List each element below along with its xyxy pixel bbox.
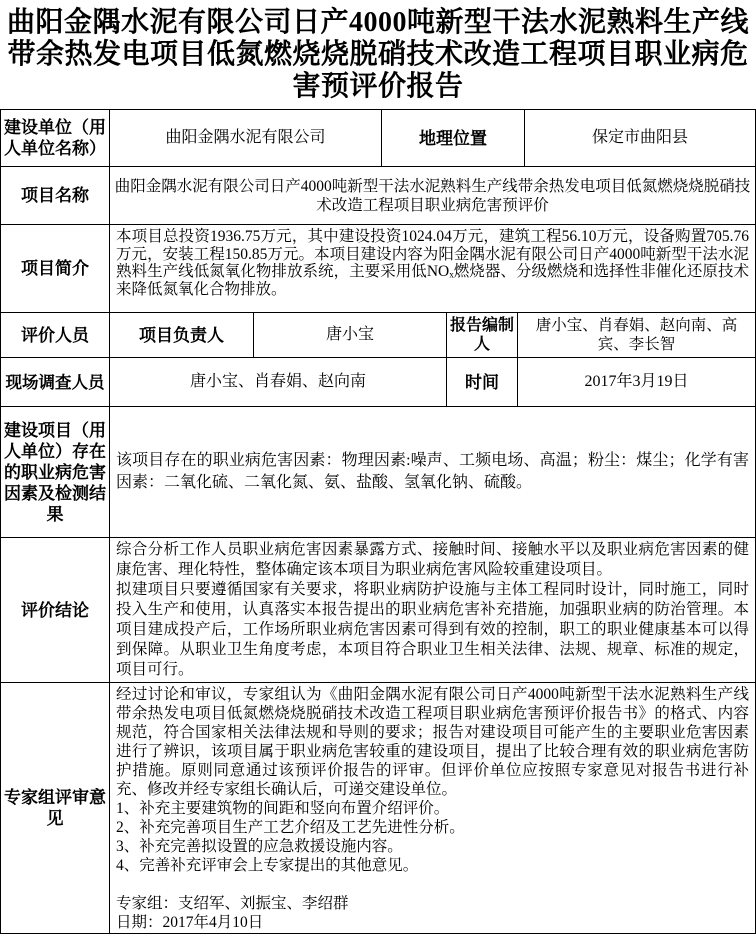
expert-review-footer: 专家组：支绍军、刘振宝、李绍群 日期：2017年4月10日 bbox=[116, 894, 749, 932]
report-compilers-label: 报告编制人 bbox=[447, 313, 518, 357]
table-row-project-summary: 项目简介 本项目总投资1936.75万元，其中建设投资1024.04万元，建筑工… bbox=[1, 225, 755, 313]
expert-group-names: 专家组：支绍军、刘振宝、李绍群 bbox=[116, 894, 749, 913]
hazard-factors-label: 建设项目（用人单位）存在的职业病危害因素及检测结果 bbox=[1, 407, 110, 537]
project-leader-value: 唐小宝 bbox=[254, 313, 447, 357]
report-page: 曲阳金隅水泥有限公司日产4000吨新型干法水泥熟料生产线带余热发电项目低氮燃烧烧… bbox=[0, 0, 756, 934]
evaluation-conclusion-value: 综合分析工作人员职业病危害因素暴露方式、接触时间、接触水平以及职业病危害因素的健… bbox=[110, 538, 755, 682]
hazard-factors-value: 该项目存在的职业病危害因素：物理因素:噪声、工频电场、高温；粉尘：煤尘；化学有害… bbox=[110, 407, 755, 537]
table-row-hazard-factors: 建设项目（用人单位）存在的职业病危害因素及检测结果 该项目存在的职业病危害因素：… bbox=[1, 407, 755, 538]
project-name-label: 项目名称 bbox=[1, 167, 110, 224]
expert-review-label: 专家组评审意见 bbox=[1, 683, 110, 933]
table-row-project-name: 项目名称 曲阳金隅水泥有限公司日产4000吨新型干法水泥熟料生产线带余热发电项目… bbox=[1, 167, 755, 225]
table-row-evaluation-conclusion: 评价结论 综合分析工作人员职业病危害因素暴露方式、接触时间、接触水平以及职业病危… bbox=[1, 538, 755, 683]
geographic-location-value: 保定市曲阳县 bbox=[525, 110, 755, 166]
project-leader-label: 项目负责人 bbox=[110, 313, 254, 357]
geographic-location-label: 地理位置 bbox=[382, 110, 525, 166]
project-name-value: 曲阳金隅水泥有限公司日产4000吨新型干法水泥熟料生产线带余热发电项目低氮燃烧烧… bbox=[110, 167, 755, 224]
table-row-construction-unit: 建设单位（用人单位名称） 曲阳金隅水泥有限公司 地理位置 保定市曲阳县 bbox=[1, 110, 755, 167]
field-survey-staff-label: 现场调查人员 bbox=[1, 358, 110, 406]
expert-review-paragraph: 经过讨论和审议，专家组认为《曲阳金隅水泥有限公司日产4000吨新型干法水泥熟料生… bbox=[116, 685, 749, 799]
expert-review-items: 1、补充主要建筑物的间距和竖向布置介绍评价。 2、补充完善项目生产工艺介绍及工艺… bbox=[116, 799, 749, 875]
expert-review-item-3: 3、补充完善拟设置的应急救援设施内容。 bbox=[116, 837, 749, 856]
expert-review-value: 经过讨论和审议，专家组认为《曲阳金隅水泥有限公司日产4000吨新型干法水泥熟料生… bbox=[110, 683, 755, 933]
survey-time-label: 时间 bbox=[447, 358, 518, 406]
table-row-field-survey-staff: 现场调查人员 唐小宝、肖春娟、赵向南 时间 2017年3月19日 bbox=[1, 358, 755, 407]
project-summary-value: 本项目总投资1936.75万元，其中建设投资1024.04万元，建筑工程56.1… bbox=[110, 225, 755, 312]
report-table: 建设单位（用人单位名称） 曲阳金隅水泥有限公司 地理位置 保定市曲阳县 项目名称… bbox=[0, 109, 756, 934]
table-row-evaluation-staff: 评价人员 项目负责人 唐小宝 报告编制人 唐小宝、肖春娟、赵向南、高宾、李长智 bbox=[1, 313, 755, 358]
expert-review-item-1: 1、补充主要建筑物的间距和竖向布置介绍评价。 bbox=[116, 799, 749, 818]
construction-unit-value: 曲阳金隅水泥有限公司 bbox=[110, 110, 382, 166]
evaluation-conclusion-label: 评价结论 bbox=[1, 538, 110, 682]
report-compilers-value: 唐小宝、肖春娟、赵向南、高宾、李长智 bbox=[518, 313, 755, 357]
expert-review-item-4: 4、完善补充评审会上专家提出的其他意见。 bbox=[116, 856, 749, 875]
conclusion-paragraph-1: 综合分析工作人员职业病危害因素暴露方式、接触时间、接触水平以及职业病危害因素的健… bbox=[116, 540, 749, 580]
expert-review-item-2: 2、补充完善项目生产工艺介绍及工艺先进性分析。 bbox=[116, 818, 749, 837]
field-survey-staff-value: 唐小宝、肖春娟、赵向南 bbox=[110, 358, 447, 406]
survey-time-value: 2017年3月19日 bbox=[518, 358, 755, 406]
expert-review-date: 日期：2017年4月10日 bbox=[116, 913, 749, 932]
project-summary-label: 项目简介 bbox=[1, 225, 110, 312]
construction-unit-label: 建设单位（用人单位名称） bbox=[1, 110, 110, 166]
conclusion-paragraph-2: 拟建项目只要遵循国家有关要求，将职业病防护设施与主体工程同时设计，同时施工，同时… bbox=[116, 580, 749, 680]
evaluation-staff-label: 评价人员 bbox=[1, 313, 110, 357]
report-title: 曲阳金隅水泥有限公司日产4000吨新型干法水泥熟料生产线带余热发电项目低氮燃烧烧… bbox=[0, 0, 756, 109]
table-row-expert-review: 专家组评审意见 经过讨论和审议，专家组认为《曲阳金隅水泥有限公司日产4000吨新… bbox=[1, 683, 755, 933]
